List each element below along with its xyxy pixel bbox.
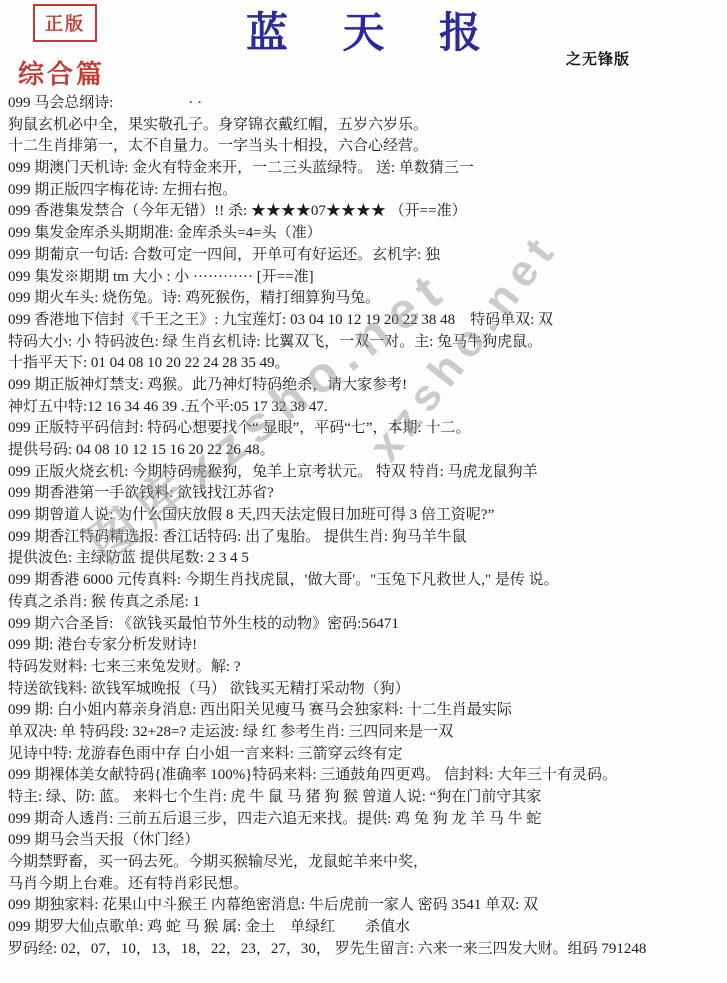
- report-line: 099 期: 港台专家分析发财诗!: [8, 635, 727, 657]
- blue-sky-report-page: 正版 蓝 天 报 之无锋版 综合篇 图库xzsho.net xzsho.net …: [0, 0, 727, 983]
- report-line: 099 期马会当天报（休门经）: [8, 830, 727, 852]
- report-line: 今期禁野畜，买一码去死。今期买猴输尽光，龙鼠蛇羊来中奖，: [8, 852, 727, 874]
- report-line: 099 集发金库杀头期期准: 金库杀头=4=头（准）: [8, 223, 727, 245]
- report-line: 099 期: 白小姐内幕亲身消息: 西出阳关见瘦马 赛马会独家料: 十二生肖最实…: [8, 700, 727, 722]
- report-line: 见诗中特: 龙游春色雨中存 白小姐一言来料: 三箭穿云终有定: [8, 744, 727, 766]
- report-line: 特码大小: 小 特码波色: 绿 生肖玄机诗: 比翼双飞，一双一对。主: 兔马牛狗…: [8, 332, 727, 354]
- report-line: 099 期曾道人说: 为什么国庆放假 8 天,四天法定假日加班可得 3 倍工资呢…: [8, 505, 727, 527]
- report-line: 特主: 绿、防: 蓝。 来料七个生肖: 虎 牛 鼠 马 猪 狗 猴 曾道人说: …: [8, 787, 727, 809]
- report-line: 提供号码: 04 08 10 12 15 16 20 22 26 48。: [8, 440, 727, 462]
- report-line: 099 正版特平码信封: 特码心想要找个“ 显眼”，平码“七”，本期: 十二。: [8, 418, 727, 440]
- report-line: 099 期奇人透肖: 三前五后退三步，四走六追无来找。提供: 鸡 兔 狗 龙 羊…: [8, 809, 727, 831]
- report-line: 099 期香港 6000 元传真料: 今期生肖找虎鼠，'做大哥'。"玉兔下凡救世…: [8, 570, 727, 592]
- report-line: 099 期六合圣旨: 《欲钱买最怕节外生枝的动物》密码:56471: [8, 614, 727, 636]
- report-line: 099 集发※期期 tm 大小 : 小 ············ [开==准]: [8, 267, 727, 289]
- report-line: 099 期独家料: 花果山中斗猴王 内幕绝密消息: 牛后虎前一家人 密码 354…: [8, 895, 727, 917]
- edition-label: 之无锋版: [566, 48, 630, 69]
- report-line: 099 正版火烧玄机: 今期特码虎猴狗，兔羊上京考状元。 特双 特肖: 马虎龙鼠…: [8, 462, 727, 484]
- report-line: 099 期香江特码精选报: 香江话特码: 出了鬼胎。 提供生肖: 狗马羊牛鼠: [8, 527, 727, 549]
- report-line: 神灯五中特:12 16 34 46 39 .五个平:05 17 32 38 47…: [8, 397, 727, 419]
- report-line: 特送欲钱料: 欲钱军城晚报（马） 欲钱买无精打采动物（狗）: [8, 679, 727, 701]
- report-body: 099 马会总纲诗: · · 狗鼠玄机必中全，果实敬孔子。身穿锦衣戴红帽，五岁六…: [8, 93, 727, 961]
- report-line: 099 期裸体美女献特码{准确率 100%}特码来料: 三通鼓角四更鸡。 信封料…: [8, 765, 727, 787]
- report-line: 099 期罗大仙点歌单: 鸡 蛇 马 猴 属: 金土 单绿红 杀值水: [8, 917, 727, 939]
- report-line: 099 期正版四字梅花诗: 左拥右抱。: [8, 180, 727, 202]
- report-line: 099 香港地下信封《千王之王》: 九宝莲灯: 03 04 10 12 19 2…: [8, 310, 727, 332]
- report-line: 099 期正版神灯禁支: 鸡猴。此乃神灯特码绝杀，请大家参考!: [8, 375, 727, 397]
- report-line: 罗码经: 02，07，10，13，18，22，23，27，30， 罗先生留言: …: [8, 939, 727, 961]
- section-title: 综合篇: [18, 54, 105, 91]
- report-line: 单双决: 单 特码段: 32+28=? 走运波: 绿 红 参考生肖: 三四同来是…: [8, 722, 727, 744]
- report-line: 099 香港集发禁合（今年无错）!! 杀: ★★★★07★★★★ （开==准）: [8, 201, 727, 223]
- report-line: 十指平天下: 01 04 08 10 20 22 24 28 35 49。: [8, 353, 727, 375]
- report-line: 099 期葡京一句话: 合数可定一四间，开单可有好运还。玄机字: 独: [8, 245, 727, 267]
- report-line: 099 期澳门天机诗: 金火有特金来开，一二三头蓝绿特。 送: 单数猜三一: [8, 158, 727, 180]
- report-line: 099 马会总纲诗: · ·: [8, 93, 727, 115]
- report-line: 狗鼠玄机必中全，果实敬孔子。身穿锦衣戴红帽，五岁六岁乐。: [8, 115, 727, 137]
- report-line: 099 期火车头: 烧伤兔。诗: 鸡死猴伤，精打细算狗马兔。: [8, 288, 727, 310]
- report-line: 马肖今期上台难。还有特肖彩民想。: [8, 874, 727, 896]
- report-line: 099 期香港第一手欲钱料: 欲钱找江苏省?: [8, 483, 727, 505]
- report-line: 传真之杀肖: 猴 传真之杀尾: 1: [8, 592, 727, 614]
- report-line: 特码发财料: 七来三来兔发财。解: ?: [8, 657, 727, 679]
- report-line: 提供波色: 主绿防蓝 提供尾数: 2 3 4 5: [8, 548, 727, 570]
- report-line: 十二生肖排第一，太不自量力。一字当头十相投，六合心经营。: [8, 136, 727, 158]
